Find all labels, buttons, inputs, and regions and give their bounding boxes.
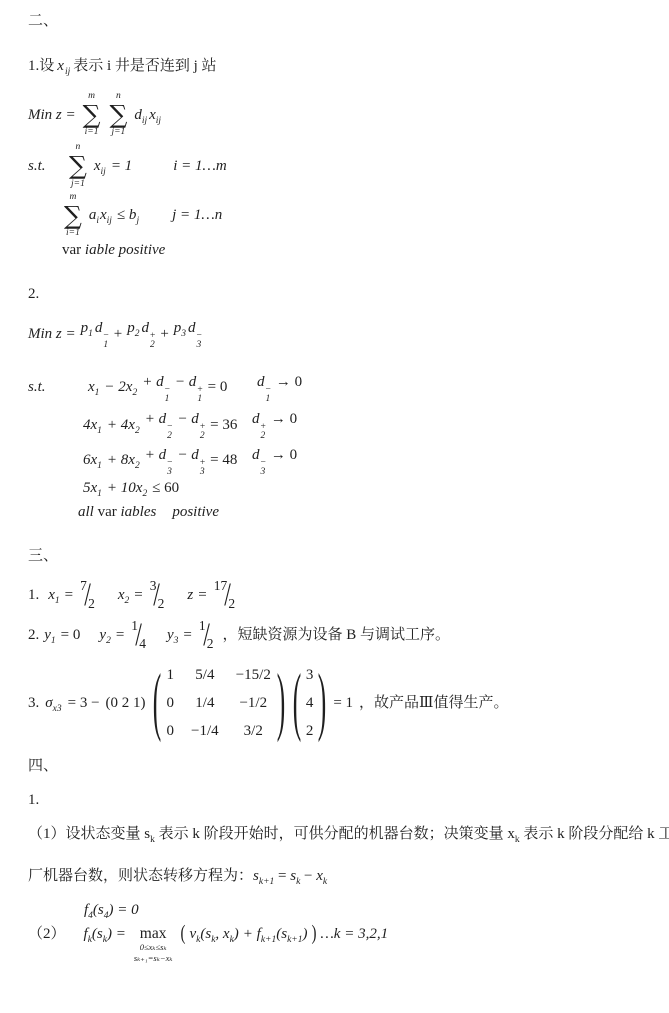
variable-definition-line: 1.设xij表示 i 井是否连到 j 站	[28, 55, 659, 77]
left-paren-icon: (	[293, 665, 302, 742]
plus-operator: +	[114, 323, 122, 345]
matrix-cell: −1/2	[236, 692, 271, 714]
item-number: 1.	[28, 584, 39, 606]
vk-term: vk(sk, xk)	[189, 923, 238, 945]
dp-paragraph-line-1: （1）设状态变量 sk 表示 k 阶段开始时，可供分配的机器台数；决策变量 xk…	[28, 823, 659, 845]
subsup-stack: +2	[261, 423, 266, 442]
term: − d+3	[177, 444, 205, 478]
sigma-icon: ∑	[83, 102, 101, 128]
term-aixij: aixij	[89, 204, 112, 226]
term: + 4x2	[107, 414, 140, 436]
equals-zero: = 0	[61, 624, 81, 646]
matrix-cell: 1	[167, 664, 175, 686]
term-p2d2: p2d+2	[127, 317, 155, 351]
equals: =	[134, 584, 142, 606]
fraction-1-4: 1/4	[131, 617, 146, 653]
f4-term: f4(s4) = 0	[84, 899, 139, 921]
matrix-cell: 0	[167, 720, 175, 742]
fraction-7-2: 7/2	[80, 577, 95, 613]
term: + d−2	[145, 408, 173, 442]
goal-constraint-row-1: s.t. x1 − 2x2 + d−1 − d+1 = 0 d−1→ 0	[28, 371, 659, 405]
rhs: = 36	[210, 414, 237, 436]
section-four-heading: 四、	[28, 755, 659, 777]
subsup-stack: +3	[200, 459, 205, 478]
objective-formula-assignment: Min z = m∑i=1 n∑j=1 dijxij	[28, 91, 659, 138]
sum-lower-limit: j=1	[112, 127, 126, 138]
inverse-matrix: ( 15/4−15/2 01/4−1/2 0−1/43/2 )	[152, 664, 286, 742]
equals: =	[274, 868, 290, 884]
subsup-stack: +2	[150, 332, 155, 351]
term: 6x1	[83, 449, 102, 471]
item-2-label: （2）	[28, 923, 66, 945]
matrix-cell: 1/4	[191, 692, 219, 714]
rhs: = 0	[208, 376, 228, 398]
matrix-grid: 15/4−15/2 01/4−1/2 0−1/43/2	[167, 664, 271, 742]
term-p3d3: p3d−3	[174, 317, 202, 351]
subsup-stack: −3	[167, 459, 172, 478]
goal-objective-formula: Min z = p1d−1 + p2d+2 + p3d−3	[28, 317, 659, 351]
goal-constraint-row-3: 6x1 + 8x2 + d−3 − d+3 = 48 d−3→ 0	[83, 444, 659, 478]
matrix-cell: 0	[167, 692, 175, 714]
fraction-17-2: 17/2	[214, 577, 235, 613]
transition-x-sub: k	[323, 877, 327, 887]
paragraph-text: 表示 k 阶段分配给 k 工	[520, 826, 669, 842]
problem-2-label: 2.	[28, 283, 659, 305]
k-range-text: …k = 3,2,1	[320, 923, 388, 945]
max-condition-2: sₖ₊₁=sₖ−xₖ	[134, 953, 173, 964]
problem-1-label: 1.	[28, 789, 659, 811]
var-x: x	[57, 58, 64, 74]
deviation-condition: d−1→ 0	[257, 371, 302, 405]
vector-cell: 2	[306, 720, 314, 742]
answer-line-2: 2. y1 = 0 y2 = 1/4 y3 = 1/2 ，短缺资源为设备 B 与…	[28, 617, 659, 653]
left-paren-icon: (	[180, 919, 185, 950]
section-three-heading: 三、	[28, 545, 659, 567]
conclusion-text: ，故产品Ⅲ值得生产。	[359, 692, 508, 714]
term: x1	[88, 376, 99, 398]
left-paren-icon: (	[152, 665, 161, 742]
deviation-condition: d+2→ 0	[252, 408, 297, 442]
equals-3-minus: = 3 −	[68, 692, 100, 714]
plus-operator: +	[160, 323, 168, 345]
transition-s1-sub: k+1	[259, 877, 274, 887]
iables-word: iables	[121, 504, 157, 520]
rhs: ≤ 60	[152, 477, 179, 499]
st-label: s.t.	[28, 376, 83, 398]
fraction-3-2: 3/2	[150, 577, 165, 613]
term-p1d1: p1d−1	[81, 317, 109, 351]
subsup-stack: −3	[197, 332, 202, 351]
sum-operator: n∑j=1	[69, 142, 87, 189]
boundary-condition-formula: f4(s4) = 0	[84, 899, 659, 921]
sigma-icon: ∑	[69, 153, 87, 179]
matrix-cell: −1/4	[191, 720, 219, 742]
sum-operator: n∑j=1	[109, 91, 127, 138]
term: + d−3	[145, 444, 173, 478]
paragraph-text: 厂机器台数，则状态转移方程为：	[28, 868, 253, 884]
sigma-icon: ∑	[109, 102, 127, 128]
goal-constraint-row-2: 4x1 + 4x2 + d−2 − d+2 = 36 d+2→ 0	[83, 408, 659, 442]
st-label: s.t.	[28, 155, 62, 177]
le-bj: ≤ bj	[117, 204, 139, 226]
subsup-stack: −1	[103, 332, 108, 351]
dp-paragraph-line-2: 厂机器台数，则状态转移方程为：sk+1 = sk − xk	[28, 865, 659, 887]
constraint-expression: 4x1 + 4x2 + d−2 − d+2 = 36	[83, 408, 247, 442]
z-var: z	[187, 584, 193, 606]
all-variables-positive-line: all var iablespositive	[78, 501, 659, 523]
min-z-label: Min z =	[28, 104, 76, 126]
y3-term: y3	[167, 624, 178, 646]
x2-term: x2	[118, 584, 129, 606]
subsup-stack: −1	[165, 386, 170, 405]
y2-term: y2	[99, 624, 110, 646]
min-z-label: Min z =	[28, 323, 76, 345]
sigma-term: σx3	[45, 692, 61, 714]
row-vector: (0 2 1)	[106, 692, 146, 714]
term: + d−1	[142, 371, 170, 405]
term: + 10x2	[107, 477, 147, 499]
result-equals-one: = 1	[333, 692, 353, 714]
term: − d+1	[175, 371, 203, 405]
index-range: j = 1…n	[172, 204, 222, 226]
sum-operator: m∑i=1	[64, 192, 82, 239]
constraint-row-2: m∑i=1 aixij ≤ bj j = 1…n	[62, 192, 659, 239]
scarce-resource-text: ，短缺资源为设备 B 与调试工序。	[223, 624, 451, 646]
vector-cell: 4	[306, 692, 314, 714]
subsup-stack: −3	[261, 459, 266, 478]
matrix-cell: 5/4	[191, 664, 219, 686]
deviation-condition: d−3→ 0	[252, 444, 297, 478]
definition-text: 表示 i 井是否连到 j 站	[73, 58, 216, 74]
fraction-1-2: 1/2	[199, 617, 214, 653]
subsup-stack: −1	[266, 386, 271, 405]
max-operator: max0≤xₖ≤sₖsₖ₊₁=sₖ−xₖ	[134, 926, 173, 964]
constraint-row-1: s.t. n∑j=1 xij = 1 i = 1…m	[28, 142, 659, 189]
term-dij: dijxij	[134, 104, 161, 126]
paragraph-text: 表示 k 阶段开始时，可供分配的机器台数；决策变量	[155, 826, 508, 842]
all-word: all	[78, 504, 94, 520]
vector-grid: 3 4 2	[306, 664, 314, 742]
fk-term: fk(sk) =	[84, 923, 126, 945]
right-paren-icon: )	[311, 919, 316, 950]
matrix-cell: 3/2	[236, 720, 271, 742]
recursion-formula-line: （2） fk(sk) = max0≤xₖ≤sₖsₖ₊₁=sₖ−xₖ ( vk(s…	[28, 923, 659, 964]
goal-constraint-row-4: 5x1 + 10x2 ≤ 60	[83, 477, 659, 499]
subsup-stack: +2	[200, 423, 205, 442]
constraint-expression: 6x1 + 8x2 + d−3 − d+3 = 48	[83, 444, 247, 478]
term-xij: xij	[94, 155, 106, 177]
answer-line-3: 3. σx3 = 3 − (0 2 1) ( 15/4−15/2 01/4−1/…	[28, 659, 659, 747]
equals: =	[65, 584, 73, 606]
right-paren-icon: )	[277, 665, 286, 742]
decision-var-x: x	[507, 826, 515, 842]
var-x-subscript: ij	[65, 67, 70, 77]
term: − 2x2	[104, 376, 137, 398]
variable-positive-line: var iable positive	[62, 239, 659, 261]
term: + 8x2	[107, 449, 140, 471]
document-page: 二、 1.设xij表示 i 井是否连到 j 站 Min z = m∑i=1 n∑…	[0, 0, 669, 1013]
section-two-heading: 二、	[28, 10, 659, 32]
index-range: i = 1…m	[173, 155, 226, 177]
term: − d+2	[177, 408, 205, 442]
paragraph-text: （1）设状态变量	[28, 826, 144, 842]
equals: =	[183, 624, 191, 646]
transition-x: x	[316, 868, 323, 884]
term: 5x1	[83, 477, 102, 499]
vector-cell: 3	[306, 664, 314, 686]
var-word: var	[98, 504, 117, 520]
item-number: 3.	[28, 692, 39, 714]
sum-lower-limit: i=1	[85, 127, 99, 138]
max-condition-1: 0≤xₖ≤sₖ	[140, 942, 167, 953]
y1-term: y1	[44, 624, 55, 646]
positive-word: positive	[172, 504, 219, 520]
equals-one: = 1	[111, 155, 132, 177]
equals: =	[116, 624, 124, 646]
minus: −	[300, 868, 316, 884]
sigma-icon: ∑	[64, 203, 82, 229]
rhs: = 48	[210, 449, 237, 471]
answer-line-1: 1. x1 = 7/2 x2 = 3/2 z = 17/2	[28, 577, 659, 613]
right-paren-icon: )	[318, 665, 327, 742]
iable-positive: iable positive	[85, 242, 165, 258]
subsup-stack: −2	[167, 423, 172, 442]
constraint-expression: x1 − 2x2 + d−1 − d+1 = 0	[88, 371, 252, 405]
sum-operator: m∑i=1	[83, 91, 101, 138]
x1-term: x1	[48, 584, 59, 606]
subsup-stack: +1	[197, 386, 202, 405]
var-word: var	[62, 242, 81, 258]
fk1-term: + fk+1(sk+1)	[243, 923, 308, 945]
term: 4x1	[83, 414, 102, 436]
column-vector: ( 3 4 2 )	[292, 664, 328, 742]
matrix-cell: −15/2	[236, 664, 271, 686]
equals: =	[198, 584, 206, 606]
item-number: 2.	[28, 624, 39, 646]
definition-prefix: 1.设	[28, 58, 54, 74]
